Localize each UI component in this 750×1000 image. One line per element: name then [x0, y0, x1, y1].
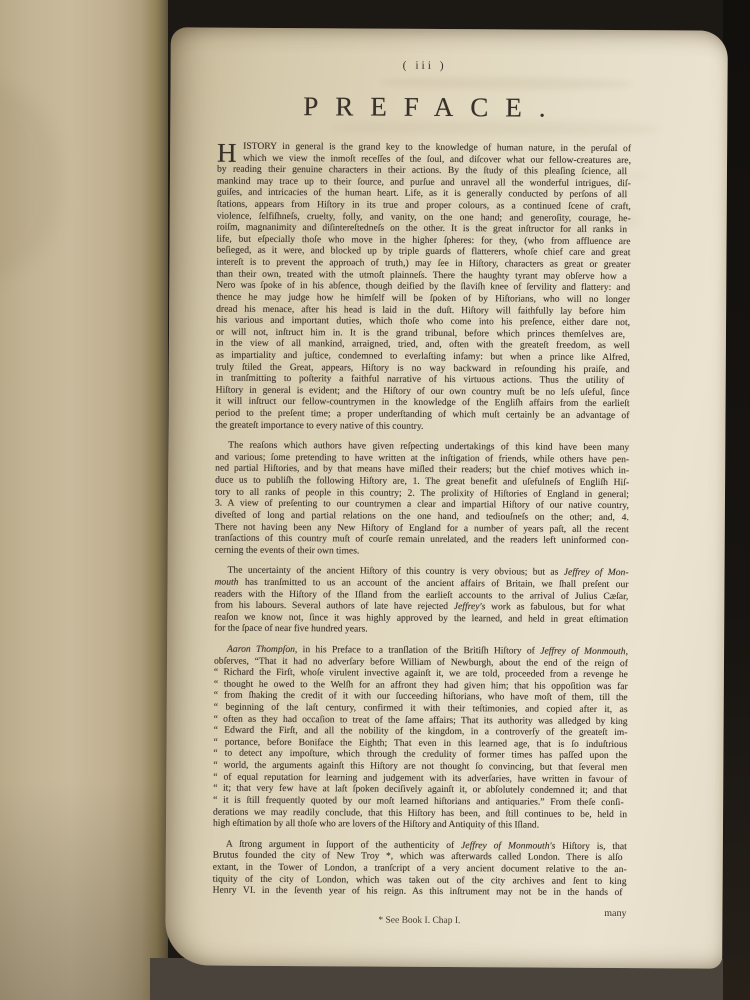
page-title: PREFACE.	[217, 91, 648, 125]
preface-page: ( iii ) PREFACE. HISTORY in general is t…	[165, 27, 728, 968]
text-line: Henry VI. in the ſeventh year of his rei…	[213, 885, 627, 899]
preface-body: HISTORY in general is the grand key to t…	[213, 141, 632, 899]
text-column: ( iii ) PREFACE. HISTORY in general is t…	[212, 28, 631, 929]
drop-cap: H	[217, 142, 237, 164]
page-endmatter: many * See Book I. Chap I.	[212, 905, 626, 928]
paragraph: The reaſons which authors have given reſ…	[215, 440, 630, 559]
facing-page-shadow	[0, 780, 168, 1000]
paragraph: A ſtrong argument in ſupport of the auth…	[213, 838, 627, 899]
paragraph: The uncertainty of the ancient Hiſtory o…	[214, 565, 628, 637]
show-through-mark	[0, 80, 60, 280]
paragraph: Aaron Thompſon, in his Preface to a tran…	[213, 644, 628, 832]
page-number: ( iii )	[218, 59, 632, 75]
paragraph: HISTORY in general is the grand key to t…	[215, 141, 631, 434]
footnote: * See Book I. Chap I.	[212, 915, 626, 929]
